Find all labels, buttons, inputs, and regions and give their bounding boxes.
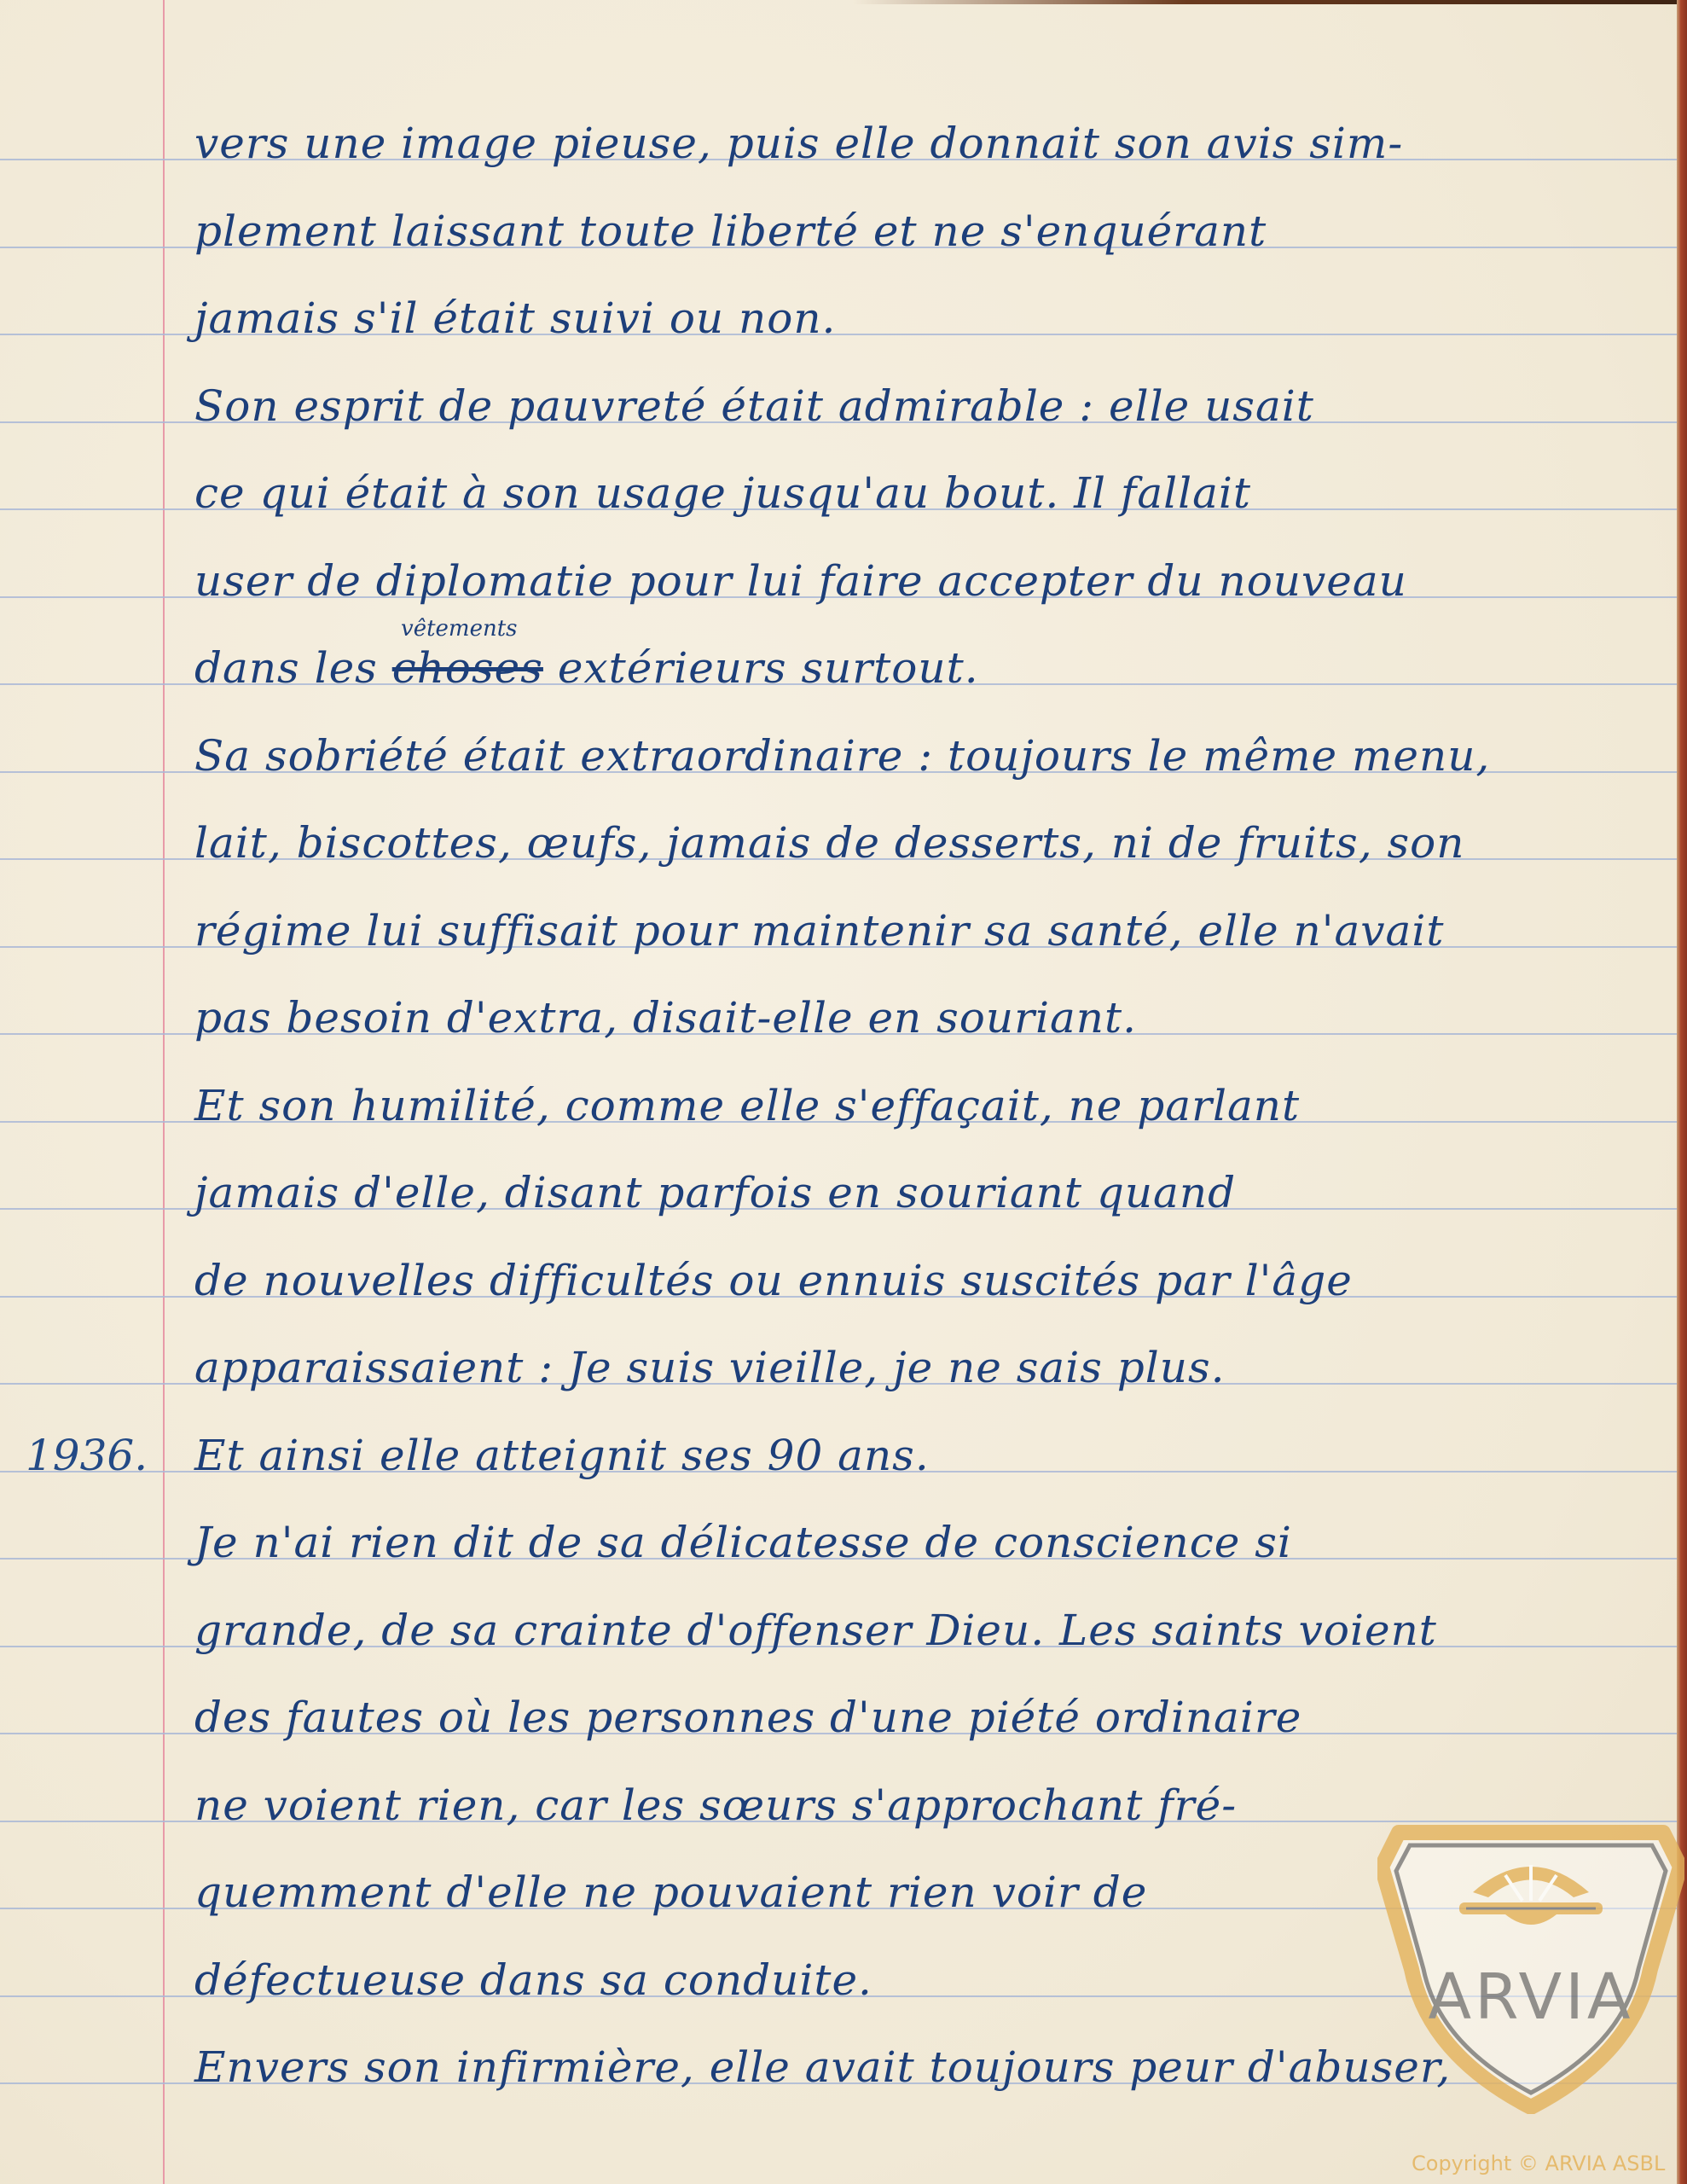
line7-before: dans les	[194, 643, 392, 693]
text-line-7: dans les choses extérieurs surtout.	[194, 642, 1661, 694]
text-line-9: lait, biscottes, œufs, jamais de dessert…	[194, 817, 1661, 868]
text-line-18: grande, de sa crainte d'offenser Dieu. L…	[194, 1605, 1661, 1656]
watermark-logo-text: ARVIA	[1377, 1960, 1684, 2034]
text-line-6: user de diplomatie pour lui faire accept…	[194, 555, 1661, 607]
text-line-17: Je n'ai rien dit de sa délicatesse de co…	[194, 1517, 1661, 1568]
interlinear-insertion: vêtements	[401, 616, 518, 642]
text-line-3: jamais s'il était suivi ou non.	[194, 293, 1661, 344]
text-line-4: Son esprit de pauvreté était admirable :…	[194, 380, 1661, 432]
margin-year-note: 1936.	[26, 1430, 148, 1481]
text-line-1: vers une image pieuse, puis elle donnait…	[194, 118, 1661, 169]
shield-logo-icon	[1377, 1798, 1684, 2114]
text-line-15: apparaissaient : Je suis vieille, je ne …	[194, 1342, 1661, 1393]
copyright-notice: Copyright © ARVIA ASBL	[1412, 2152, 1665, 2175]
text-line-8: Sa sobriété était extraordinaire : toujo…	[194, 730, 1661, 781]
text-line-12: Et son humilité, comme elle s'effaçait, …	[194, 1080, 1661, 1131]
text-line-19: des fautes où les personnes d'une piété …	[194, 1692, 1661, 1743]
text-line-10: régime lui suffisait pour maintenir sa s…	[194, 905, 1661, 956]
red-margin-line	[163, 0, 165, 2184]
arvia-watermark: ARVIA	[1377, 1798, 1684, 2114]
text-line-5: ce qui était à son usage jusqu'au bout. …	[194, 468, 1661, 519]
line7-after: extérieurs surtout.	[543, 643, 979, 693]
text-line-2: plement laissant toute liberté et ne s'e…	[194, 206, 1661, 257]
page-top-edge	[853, 0, 1687, 4]
text-line-11: pas besoin d'extra, disait-elle en souri…	[194, 992, 1661, 1043]
struck-word: choses	[392, 643, 543, 693]
text-line-13: jamais d'elle, disant parfois en sourian…	[194, 1167, 1661, 1218]
text-line-16: Et ainsi elle atteignit ses 90 ans.	[194, 1430, 1661, 1481]
text-line-14: de nouvelles difficultés ou ennuis susci…	[194, 1255, 1661, 1306]
